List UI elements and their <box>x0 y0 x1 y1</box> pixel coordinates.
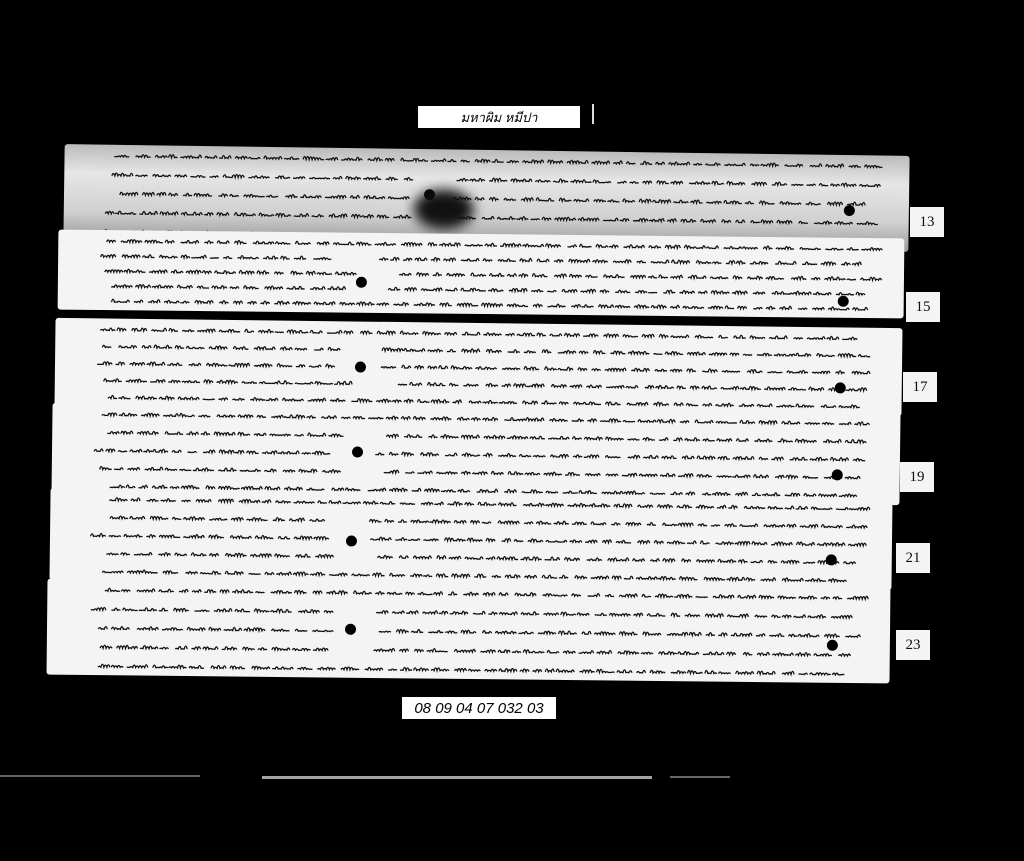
binding-hole <box>844 205 855 216</box>
tick-mark <box>592 104 594 124</box>
binding-hole <box>346 535 357 546</box>
palm-leaf <box>58 230 905 319</box>
binding-hole <box>345 624 356 635</box>
palm-leaf <box>47 579 891 684</box>
binding-hole <box>355 361 366 372</box>
page-number-label: 23 <box>896 630 930 660</box>
film-edge-strip <box>670 776 730 778</box>
page-number-label: 17 <box>903 372 937 402</box>
manuscript-title-label: มหาผิม หมีปา <box>418 106 580 128</box>
palm-leaf <box>54 318 902 416</box>
handwritten-script <box>49 488 892 590</box>
binding-hole <box>835 382 846 393</box>
page-number-label: 15 <box>906 292 940 322</box>
binding-hole <box>356 277 367 288</box>
handwritten-script <box>47 579 891 684</box>
binding-hole <box>832 469 843 480</box>
film-edge-strip <box>262 776 652 779</box>
palm-leaf <box>49 488 892 590</box>
handwritten-script <box>58 230 905 319</box>
binding-hole <box>827 640 838 651</box>
page-number-label: 19 <box>900 462 934 492</box>
page-number-label: 13 <box>910 207 944 237</box>
film-edge-strip <box>0 775 200 777</box>
binding-hole <box>826 554 837 565</box>
ink-stain <box>414 189 475 230</box>
binding-hole <box>838 296 849 307</box>
binding-hole <box>352 446 363 457</box>
page-number-label: 21 <box>896 543 930 573</box>
handwritten-script <box>54 318 902 416</box>
catalog-id-label: 08 09 04 07 032 03 <box>402 697 556 719</box>
